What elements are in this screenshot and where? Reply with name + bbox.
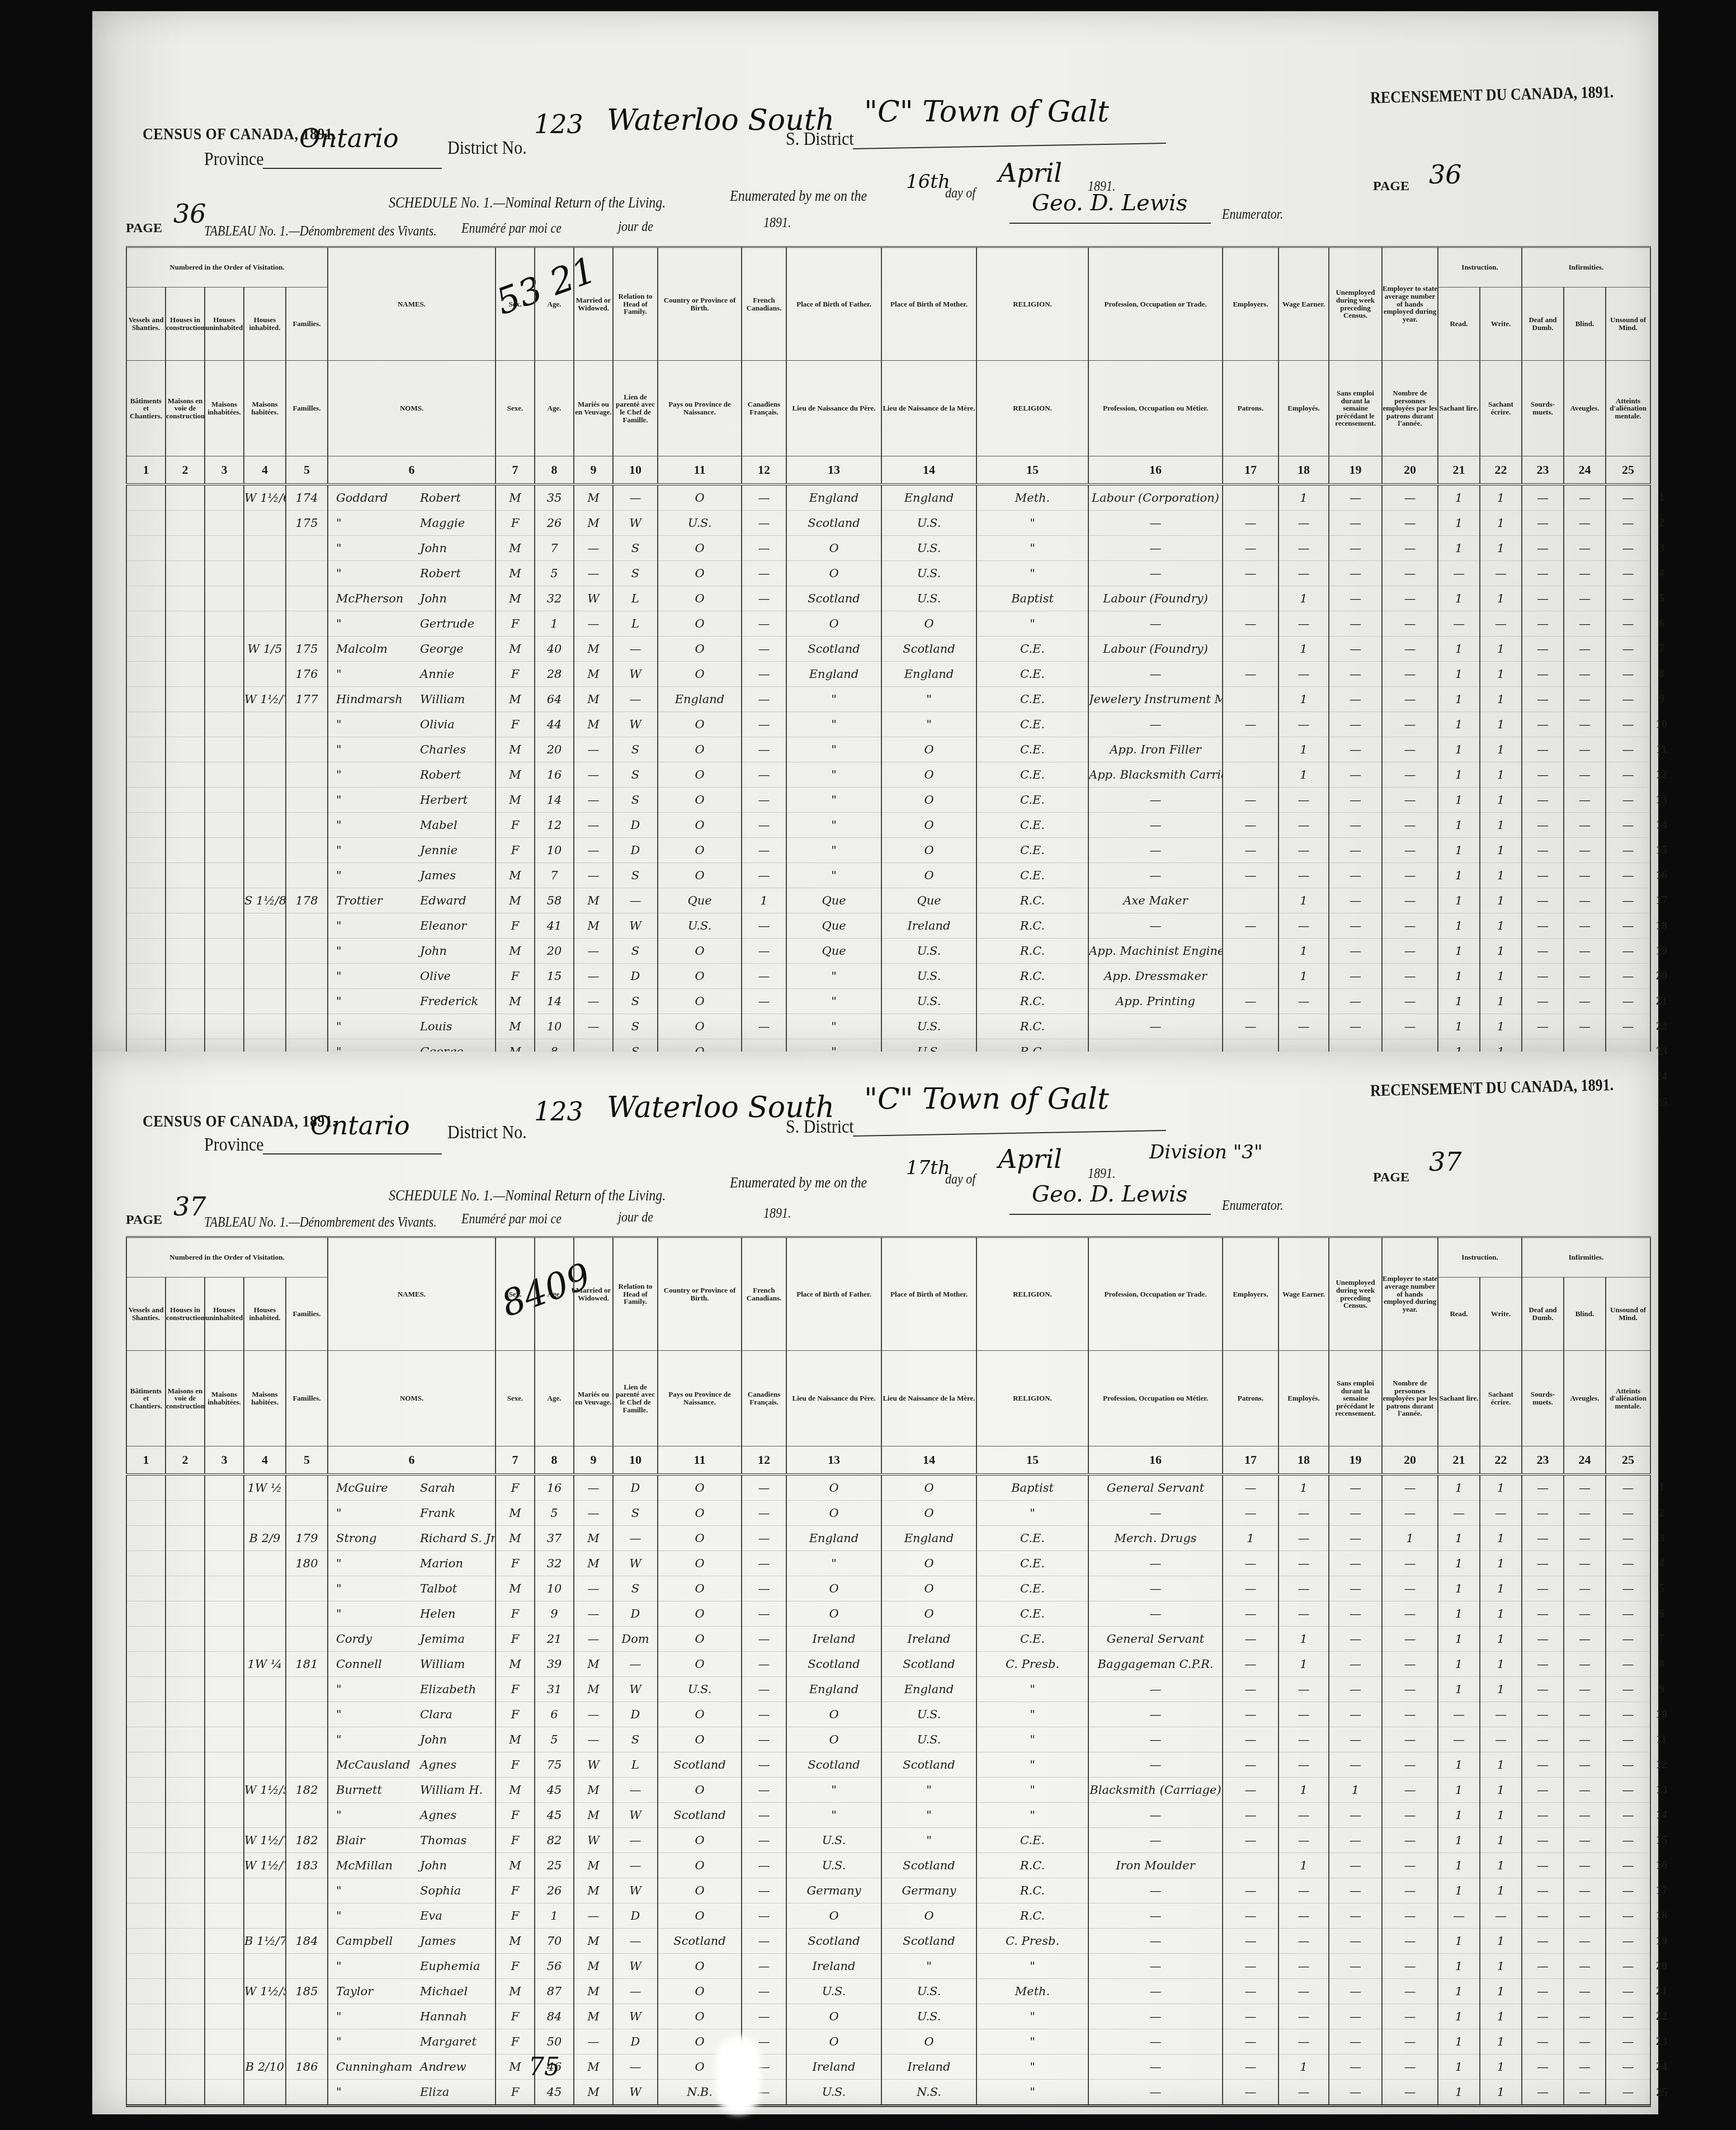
col-header-fr-blind: Aveugles. [1564, 1351, 1606, 1446]
cell-unemployed: — [1329, 1803, 1382, 1828]
cell-occupation: Axe Maker [1088, 888, 1223, 913]
cell-wage-earner: — [1279, 1702, 1329, 1727]
cell-wage-earner: — [1279, 1752, 1329, 1778]
cell-name: TaylorMichael [328, 1979, 496, 2004]
cell-french-canadian: — [742, 1627, 786, 1652]
cell-religion: Baptist [976, 586, 1088, 611]
cell-hands-employed: — [1382, 913, 1438, 939]
enumeration-month: April [998, 158, 1062, 188]
cell-unemployed: — [1329, 913, 1382, 939]
cell-mother-birthplace: O [881, 1551, 976, 1576]
cell-houses-uninhabited [205, 1853, 244, 1878]
col-header-deaf-dumb: Deaf and Dumb. [1522, 288, 1564, 361]
cell-mother-birthplace: England [881, 1677, 976, 1702]
cell-write: 1 [1480, 1778, 1522, 1803]
cell-french-canadian: — [742, 1526, 786, 1551]
cell-deaf-dumb: — [1522, 762, 1564, 788]
cell-relation: — [613, 687, 658, 712]
cell-families [286, 536, 328, 561]
cell-vessels [126, 2054, 166, 2080]
cell-write: 1 [1480, 1474, 1522, 1501]
cell-father-birthplace: Scotland [786, 511, 881, 536]
cell-read: 1 [1438, 1014, 1480, 1039]
census-row: "LouisM10—SO—"U.S.R.C.—————11———22 [126, 1014, 1673, 1039]
cell-relation: — [613, 1929, 658, 1954]
census-row: "JohnM20—SO—QueU.S.R.C.App. Machinist En… [126, 939, 1673, 964]
cell-married-widowed: M [574, 1803, 613, 1828]
cell-write: 1 [1480, 1979, 1522, 2004]
given-name: John [420, 541, 447, 555]
cell-married-widowed: — [574, 1576, 613, 1601]
cell-mother-birthplace: England [881, 484, 976, 511]
cell-blind: — [1564, 637, 1606, 662]
given-name: William [420, 692, 465, 706]
cell-employer [1223, 687, 1279, 712]
cell-unsound-mind: — [1606, 1474, 1650, 1501]
cell-hands-employed: — [1382, 2054, 1438, 2080]
cell-wage-earner: — [1279, 1727, 1329, 1752]
col-header-fr-unemployed: Sans emploi durant la semaine précédant … [1329, 361, 1382, 456]
page-number-left: 36 [173, 199, 206, 229]
cell-sex: M [496, 1979, 535, 2004]
col-number: 13 [786, 456, 881, 485]
cell-families [286, 2004, 328, 2029]
cell-houses-uninhabited [205, 2080, 244, 2106]
cell-read: 1 [1438, 1576, 1480, 1601]
cell-families: 174 [286, 484, 328, 511]
cell-unsound-mind: — [1606, 989, 1650, 1014]
given-name: John [420, 1733, 447, 1746]
surname: Burnett [336, 1783, 420, 1797]
cell-married-widowed: — [574, 1474, 613, 1501]
cell-french-canadian: — [742, 1014, 786, 1039]
cell-blind: — [1564, 838, 1606, 863]
col-header-fr-employer: Patrons. [1223, 361, 1279, 456]
cell-families [286, 1803, 328, 1828]
cell-houses-construction [166, 2004, 205, 2029]
cell-father-birthplace: England [786, 484, 881, 511]
cell-hands-employed: — [1382, 2004, 1438, 2029]
cell-blind: — [1564, 1014, 1606, 1039]
cell-deaf-dumb: — [1522, 687, 1564, 712]
cell-father-birthplace: " [786, 788, 881, 813]
census-row: S 1½/8178TrottierEdwardM58M—Que1QueQueR.… [126, 888, 1673, 913]
cell-houses-uninhabited [205, 863, 244, 888]
cell-houses-inhabited [244, 913, 286, 939]
col-number: 1 [126, 456, 166, 485]
cell-write: 1 [1480, 1954, 1522, 1979]
cell-employer: — [1223, 712, 1279, 737]
cell-occupation: — [1088, 1576, 1223, 1601]
cell-age: 32 [535, 586, 574, 611]
cell-sex: F [496, 813, 535, 838]
cell-hands-employed: — [1382, 737, 1438, 762]
cell-birth-place: O [658, 737, 742, 762]
cell-deaf-dumb: — [1522, 838, 1564, 863]
cell-married-widowed: — [574, 1601, 613, 1627]
line-number: 2 [1650, 511, 1673, 536]
col-number: 21 [1438, 456, 1480, 485]
cell-birth-place: O [658, 1652, 742, 1677]
cell-age: 40 [535, 637, 574, 662]
cell-read: 1 [1438, 1853, 1480, 1878]
cell-occupation: Labour (Corporation) [1088, 484, 1223, 511]
cell-married-widowed: — [574, 561, 613, 586]
cell-houses-inhabited: W 1½/7 [244, 1853, 286, 1878]
col-number: 25 [1606, 1446, 1650, 1475]
cell-houses-construction [166, 511, 205, 536]
cell-religion: C.E. [976, 1526, 1088, 1551]
cell-houses-uninhabited [205, 1474, 244, 1501]
cell-houses-inhabited [244, 1803, 286, 1828]
cell-houses-construction [166, 1474, 205, 1501]
col-header-fr-hands-employed: Nombre de personnes employées par les pa… [1382, 1351, 1438, 1446]
cell-name: "Marion [328, 1551, 496, 1576]
cell-hands-employed: — [1382, 1979, 1438, 2004]
cell-houses-construction [166, 1526, 205, 1551]
cell-unsound-mind: — [1606, 1878, 1650, 1903]
cell-relation: S [613, 1727, 658, 1752]
cell-read: 1 [1438, 1929, 1480, 1954]
col-number: 19 [1329, 1446, 1382, 1475]
cell-name: "Sophia [328, 1878, 496, 1903]
cell-mother-birthplace: Ireland [881, 1627, 976, 1652]
cell-unsound-mind: — [1606, 662, 1650, 687]
cell-sex: F [496, 1627, 535, 1652]
cell-wage-earner: 1 [1279, 1652, 1329, 1677]
cell-houses-construction [166, 964, 205, 989]
surname: Campbell [336, 1934, 420, 1948]
cell-houses-construction [166, 1803, 205, 1828]
cell-employer: — [1223, 788, 1279, 813]
cell-mother-birthplace: O [881, 1903, 976, 1929]
cell-write: — [1480, 1702, 1522, 1727]
col-header-houses-construction: Houses in construction. [166, 1278, 205, 1351]
census-row: "JohnM5—SO—OU.S."——————————11 [126, 1727, 1673, 1752]
census-row: "OliviaF44MWO—""C.E.—————11———10 [126, 712, 1673, 737]
cell-married-widowed: — [574, 1627, 613, 1652]
cell-occupation: — [1088, 788, 1223, 813]
cell-age: 5 [535, 1501, 574, 1526]
col-header-fr-french-canadian: Canadiens Français. [742, 1351, 786, 1446]
cell-name: "Elizabeth [328, 1677, 496, 1702]
cell-read: 1 [1438, 1752, 1480, 1778]
cell-houses-inhabited [244, 586, 286, 611]
cell-relation: Dom [613, 1627, 658, 1652]
cell-unsound-mind: — [1606, 1853, 1650, 1878]
cell-employer: — [1223, 1576, 1279, 1601]
cell-blind: — [1564, 1501, 1606, 1526]
census-row: McPhersonJohnM32WLO—ScotlandU.S.BaptistL… [126, 586, 1673, 611]
surname: " [336, 1708, 420, 1721]
surname: " [336, 617, 420, 630]
col-header-sex: Sex. [496, 247, 535, 361]
cell-blind: — [1564, 1979, 1606, 2004]
cell-houses-construction [166, 1929, 205, 1954]
cell-blind: — [1564, 939, 1606, 964]
cell-families [286, 1878, 328, 1903]
cell-blind: — [1564, 2054, 1606, 2080]
surname: " [336, 2035, 420, 2048]
cell-vessels [126, 989, 166, 1014]
cell-houses-construction [166, 561, 205, 586]
cell-blind: — [1564, 913, 1606, 939]
given-name: Maggie [420, 516, 465, 530]
cell-read: 1 [1438, 1954, 1480, 1979]
cell-houses-uninhabited [205, 762, 244, 788]
col-number: 6 [328, 456, 496, 485]
cell-name: BlairThomas [328, 1828, 496, 1853]
cell-unsound-mind: — [1606, 788, 1650, 813]
cell-blind: — [1564, 863, 1606, 888]
cell-families: 175 [286, 511, 328, 536]
cell-houses-construction [166, 1727, 205, 1752]
cell-religion: " [976, 561, 1088, 586]
schedule-title-fr: TABLEAU No. 1.—Dénombrement des Vivants. [204, 1214, 437, 1231]
cell-married-widowed: M [574, 888, 613, 913]
col-header-fr-name: NOMS. [328, 361, 496, 456]
col-number: 6 [328, 1446, 496, 1475]
cell-wage-earner: 1 [1279, 2054, 1329, 2080]
cell-unemployed: — [1329, 1474, 1382, 1501]
col-number: 17 [1223, 456, 1279, 485]
cell-mother-birthplace: U.S. [881, 561, 976, 586]
cell-relation: W [613, 511, 658, 536]
cell-blind: — [1564, 2004, 1606, 2029]
cell-father-birthplace: " [786, 712, 881, 737]
census-row: B 2/10186CunninghamAndrewM46M—O—IrelandI… [126, 2054, 1673, 2080]
cell-religion: R.C. [976, 989, 1088, 1014]
surname: Connell [336, 1657, 420, 1671]
cell-married-widowed: W [574, 1752, 613, 1778]
visitation-header: Numbered in the Order of Visitation. [126, 1237, 328, 1278]
cell-families [286, 1601, 328, 1627]
cell-hands-employed: — [1382, 1627, 1438, 1652]
cell-wage-earner: 1 [1279, 888, 1329, 913]
cell-birth-place: O [658, 637, 742, 662]
cell-name: CordyJemima [328, 1627, 496, 1652]
col-header-houses-construction: Houses in construction. [166, 288, 205, 361]
cell-read: 1 [1438, 863, 1480, 888]
cell-sex: F [496, 2029, 535, 2054]
cell-read: — [1438, 1727, 1480, 1752]
line-number: 14 [1650, 813, 1673, 838]
given-name: Thomas [420, 1834, 466, 1847]
cell-employer: — [1223, 1652, 1279, 1677]
cell-houses-construction [166, 2080, 205, 2106]
cell-blind: — [1564, 2029, 1606, 2054]
cell-religion: " [976, 2029, 1088, 2054]
cell-write: 1 [1480, 484, 1522, 511]
cell-religion: " [976, 1501, 1088, 1526]
cell-blind: — [1564, 1853, 1606, 1878]
col-header-houses-uninhabited: Houses uninhabited. [205, 1278, 244, 1351]
cell-unemployed: — [1329, 511, 1382, 536]
cell-age: 32 [535, 1551, 574, 1576]
col-header-mother-birthplace: Place of Birth of Mother. [881, 247, 976, 361]
cell-families: 182 [286, 1828, 328, 1853]
cell-sex: M [496, 989, 535, 1014]
cell-vessels [126, 1903, 166, 1929]
cell-houses-uninhabited [205, 1576, 244, 1601]
census-row: W 1½/7182BlairThomasF82W—O—U.S."C.E.————… [126, 1828, 1673, 1853]
visitation-header: Numbered in the Order of Visitation. [126, 247, 328, 288]
cell-deaf-dumb: — [1522, 712, 1564, 737]
cell-unemployed: — [1329, 1601, 1382, 1627]
cell-occupation: — [1088, 1551, 1223, 1576]
cell-write: 1 [1480, 762, 1522, 788]
col-header-fr-married-widowed: Mariés ou en Veuvage. [574, 1351, 613, 1446]
given-name: Sarah [420, 1481, 455, 1495]
cell-deaf-dumb: — [1522, 964, 1564, 989]
cell-occupation: — [1088, 1501, 1223, 1526]
cell-father-birthplace: " [786, 838, 881, 863]
cell-birth-place: O [658, 1627, 742, 1652]
cell-age: 28 [535, 662, 574, 687]
col-header-married-widowed: Married or Widowed. [574, 1237, 613, 1351]
cell-read: 1 [1438, 536, 1480, 561]
cell-mother-birthplace: " [881, 1803, 976, 1828]
cell-employer: — [1223, 1954, 1279, 1979]
cell-families: 182 [286, 1778, 328, 1803]
cell-hands-employed: — [1382, 484, 1438, 511]
cell-deaf-dumb: — [1522, 1954, 1564, 1979]
cell-unemployed: — [1329, 1702, 1382, 1727]
cell-unemployed: — [1329, 1954, 1382, 1979]
cell-vessels [126, 1677, 166, 1702]
given-name: James [420, 869, 456, 882]
cell-deaf-dumb: — [1522, 1014, 1564, 1039]
sub-district-value: "C" Town of Galt [864, 1082, 1109, 1116]
cell-occupation: — [1088, 1601, 1223, 1627]
cell-age: 58 [535, 888, 574, 913]
surname: McMillan [336, 1859, 420, 1872]
cell-sex: F [496, 1903, 535, 1929]
cell-houses-inhabited [244, 1702, 286, 1727]
cell-age: 37 [535, 1526, 574, 1551]
cell-blind: — [1564, 484, 1606, 511]
cell-employer [1223, 484, 1279, 511]
col-header-fr-mother-birthplace: Lieu de Naissance de la Mère. [881, 1351, 976, 1446]
cell-hands-employed: — [1382, 1903, 1438, 1929]
cell-houses-construction [166, 1501, 205, 1526]
col-header-fr-families: Familles. [286, 361, 328, 456]
cell-mother-birthplace: Scotland [881, 637, 976, 662]
census-row: "RobertM16—SO—"OC.E.App. Blacksmith Carr… [126, 762, 1673, 788]
col-number: 13 [786, 1446, 881, 1475]
cell-unsound-mind: — [1606, 2054, 1650, 2080]
cell-religion: " [976, 2080, 1088, 2106]
cell-married-widowed: — [574, 788, 613, 813]
cell-relation: W [613, 1677, 658, 1702]
cell-write: 1 [1480, 2080, 1522, 2106]
cell-relation: W [613, 712, 658, 737]
cell-married-widowed: M [574, 913, 613, 939]
cell-sex: F [496, 2080, 535, 2106]
cell-employer: — [1223, 913, 1279, 939]
census-row: 1W ½McGuireSarahF16—DO—OOBaptistGeneral … [126, 1474, 1673, 1501]
cell-houses-uninhabited [205, 788, 244, 813]
census-row: "HerbertM14—SO—"OC.E.—————11———13 [126, 788, 1673, 813]
surname: " [336, 869, 420, 882]
instruction-header: Instruction. [1438, 247, 1522, 288]
cell-mother-birthplace: Scotland [881, 1752, 976, 1778]
cell-unsound-mind: — [1606, 964, 1650, 989]
cell-unsound-mind: — [1606, 2080, 1650, 2106]
cell-unsound-mind: — [1606, 737, 1650, 762]
col-number: 4 [244, 456, 286, 485]
given-name: Louis [420, 1020, 452, 1033]
page-number: 37 [1429, 1147, 1462, 1177]
cell-relation: D [613, 964, 658, 989]
cell-wage-earner: — [1279, 2080, 1329, 2106]
cell-deaf-dumb: — [1522, 536, 1564, 561]
cell-write: — [1480, 1903, 1522, 1929]
line-number: 12 [1650, 762, 1673, 788]
cell-age: 25 [535, 1853, 574, 1878]
cell-vessels [126, 712, 166, 737]
cell-blind: — [1564, 511, 1606, 536]
col-number: 21 [1438, 1446, 1480, 1475]
cell-occupation: Merch. Drugs [1088, 1526, 1223, 1551]
cell-employer: — [1223, 511, 1279, 536]
cell-hands-employed: — [1382, 1954, 1438, 1979]
census-row: "JamesM7—SO—"OC.E.—————11———16 [126, 863, 1673, 888]
cell-french-canadian: — [742, 1551, 786, 1576]
surname: McCausland [336, 1758, 420, 1771]
cell-deaf-dumb: — [1522, 586, 1564, 611]
cell-mother-birthplace: O [881, 611, 976, 637]
cell-religion: " [976, 1677, 1088, 1702]
cell-sex: M [496, 939, 535, 964]
district-label: District No. [447, 1121, 527, 1143]
cell-unsound-mind: — [1606, 1979, 1650, 2004]
col-header-fr-religion: RELIGION. [976, 361, 1088, 456]
cell-relation: S [613, 788, 658, 813]
cell-houses-inhabited [244, 1903, 286, 1929]
cell-father-birthplace: Scotland [786, 1752, 881, 1778]
cell-name: CunninghamAndrew [328, 2054, 496, 2080]
cell-read: 1 [1438, 1878, 1480, 1903]
cell-occupation: — [1088, 1803, 1223, 1828]
cell-relation: S [613, 561, 658, 586]
cell-hands-employed: — [1382, 1551, 1438, 1576]
given-name: Elizabeth [420, 1683, 476, 1696]
line-number: 18 [1650, 913, 1673, 939]
cell-houses-construction [166, 1627, 205, 1652]
cell-married-widowed: M [574, 1954, 613, 1979]
census-row: 175"MaggieF26MWU.S.—ScotlandU.S."—————11… [126, 511, 1673, 536]
cell-relation: S [613, 1576, 658, 1601]
cell-hands-employed: — [1382, 662, 1438, 687]
cell-unemployed: — [1329, 1014, 1382, 1039]
cell-hands-employed: — [1382, 1853, 1438, 1878]
col-header-unemployed: Unemployed during week preceding Census. [1329, 247, 1382, 361]
col-number: 18 [1279, 456, 1329, 485]
cell-wage-earner: — [1279, 1677, 1329, 1702]
cell-father-birthplace: O [786, 2004, 881, 2029]
cell-religion: C.E. [976, 1551, 1088, 1576]
cell-unemployed: — [1329, 1727, 1382, 1752]
cell-blind: — [1564, 1627, 1606, 1652]
cell-houses-uninhabited [205, 2004, 244, 2029]
cell-relation: — [613, 1979, 658, 2004]
cell-houses-inhabited [244, 536, 286, 561]
line-number: 24 [1650, 2054, 1673, 2080]
surname: " [336, 843, 420, 857]
cell-unemployed: — [1329, 611, 1382, 637]
cell-unsound-mind: — [1606, 939, 1650, 964]
